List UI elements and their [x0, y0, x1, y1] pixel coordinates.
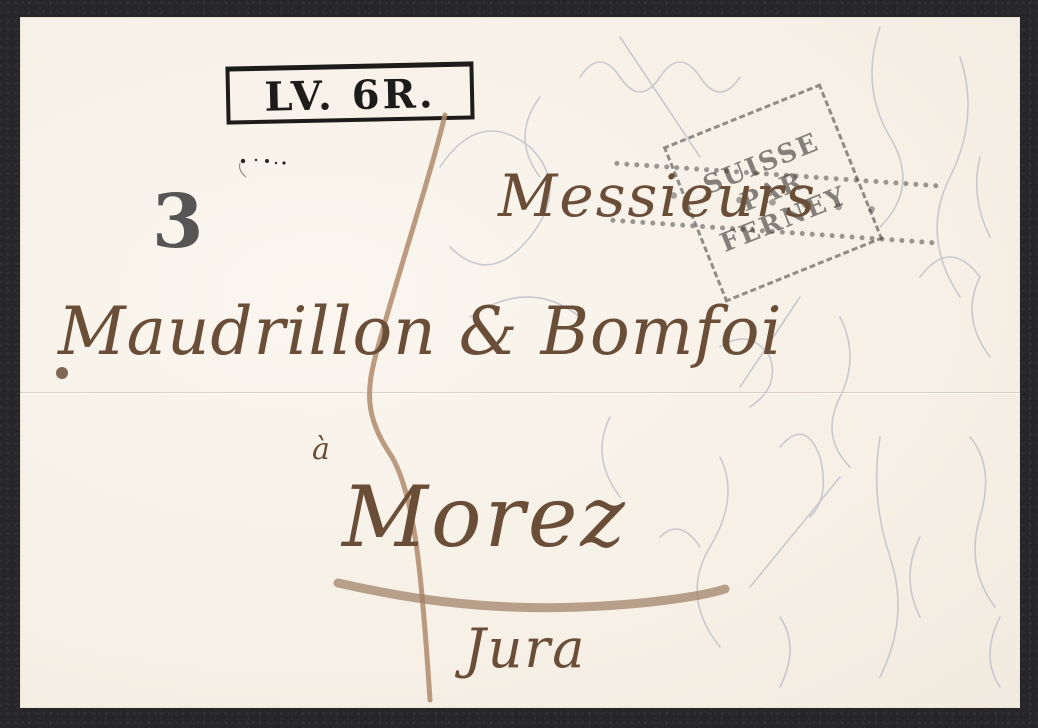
salutation: Messieurs	[498, 167, 817, 225]
address-preposition: à	[312, 435, 330, 465]
destination-region: Jura	[464, 622, 586, 676]
address-underline	[338, 583, 725, 608]
addressee-name: Maudrillon & Bomfoi	[58, 299, 783, 365]
letter-sheet: · · · · · · · SUISSE PAR FERNEY LV. 6R. …	[20, 17, 1020, 708]
vertical-manuscript-line	[370, 115, 445, 700]
destination-city: Morez	[342, 475, 628, 559]
